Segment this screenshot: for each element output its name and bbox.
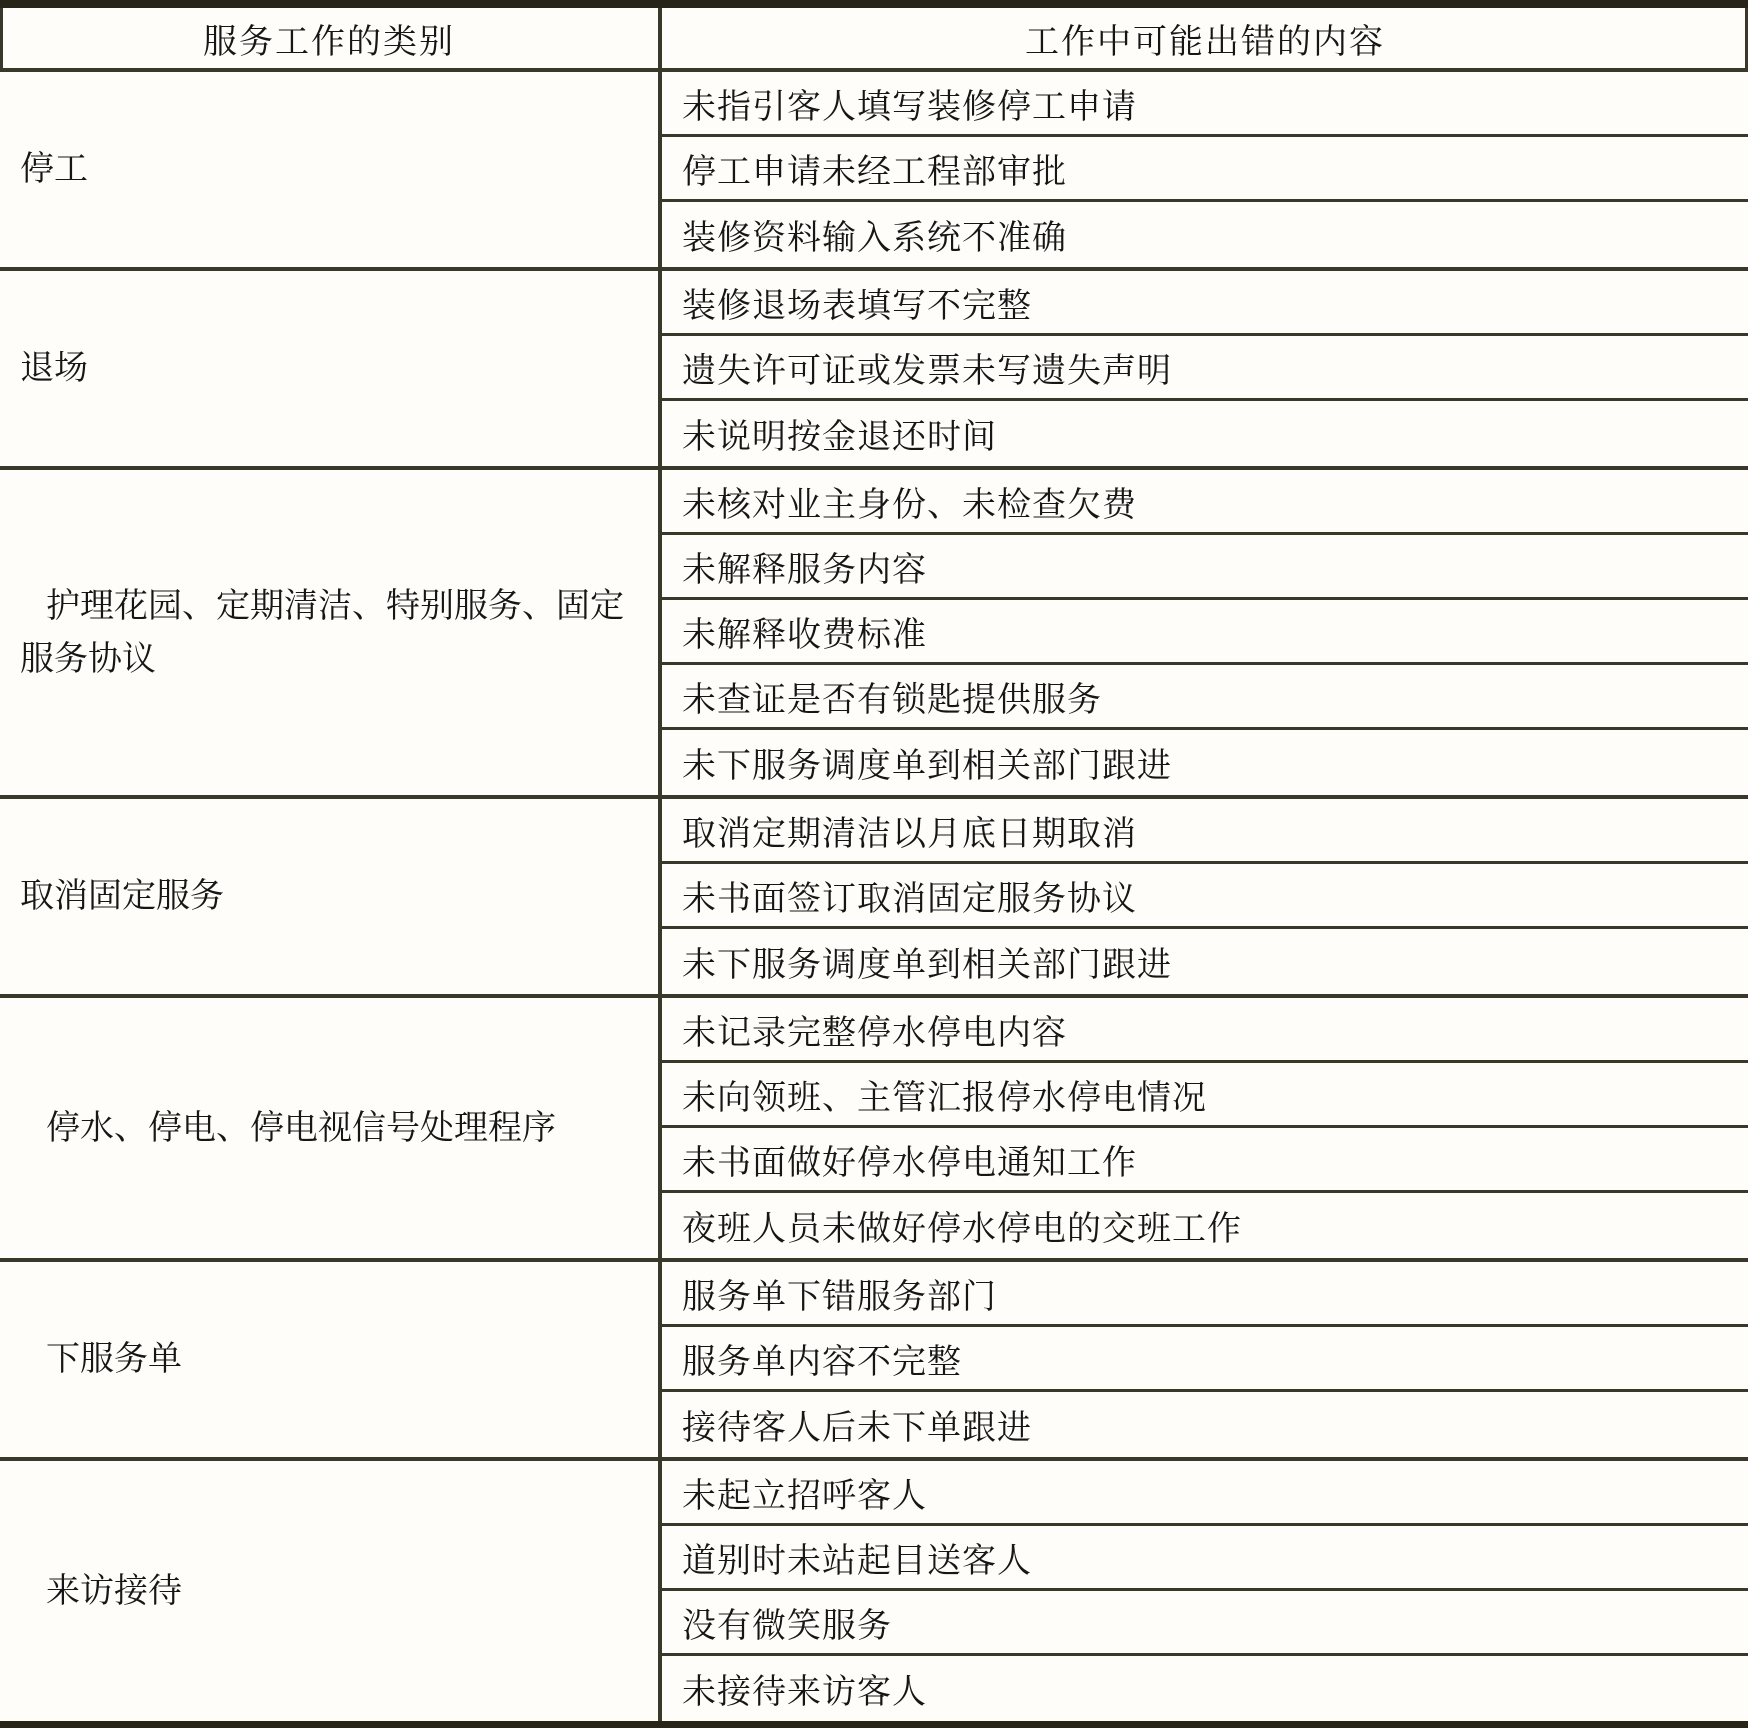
error-item-row: 夜班人员未做好停水停电的交班工作	[662, 1193, 1748, 1258]
error-item-text: 未书面做好停水停电通知工作	[682, 1135, 1137, 1184]
category-row: 停水、停电、停电视信号处理程序 未记录完整停水停电内容 未向领班、主管汇报停水停…	[0, 994, 1748, 1258]
error-items-cell: 未起立招呼客人 道别时未站起目送客人 没有微笑服务 未接待来访客人	[662, 1461, 1748, 1721]
error-item-text: 未记录完整停水停电内容	[682, 1005, 1067, 1054]
error-item-row: 未书面签订取消固定服务协议	[662, 864, 1748, 929]
category-row: 退场 装修退场表填写不完整 遗失许可证或发票未写遗失声明 未说明按金退还时间	[0, 267, 1748, 466]
error-item-row: 未下服务调度单到相关部门跟进	[662, 929, 1748, 994]
error-item-row: 未核对业主身份、未检查欠费	[662, 470, 1748, 535]
error-item-row: 未书面做好停水停电通知工作	[662, 1128, 1748, 1193]
error-item-row: 未指引客人填写装修停工申请	[662, 72, 1748, 137]
error-item-text: 未解释服务内容	[682, 542, 927, 591]
error-item-row: 停工申请未经工程部审批	[662, 137, 1748, 202]
category-cell: 取消固定服务	[0, 799, 662, 994]
error-item-text: 没有微笑服务	[682, 1598, 892, 1647]
error-item-text: 遗失许可证或发票未写遗失声明	[682, 343, 1172, 392]
error-item-row: 服务单内容不完整	[662, 1327, 1748, 1392]
error-item-row: 装修资料输入系统不准确	[662, 202, 1748, 267]
category-cell: 来访接待	[0, 1461, 662, 1721]
category-row: 取消固定服务 取消定期清洁以月底日期取消 未书面签订取消固定服务协议 未下服务调…	[0, 795, 1748, 994]
error-item-text: 未下服务调度单到相关部门跟进	[682, 738, 1172, 787]
error-item-row: 道别时未站起目送客人	[662, 1526, 1748, 1591]
error-item-text: 未向领班、主管汇报停水停电情况	[682, 1070, 1207, 1119]
error-item-text: 未指引客人填写装修停工申请	[682, 79, 1137, 128]
error-item-text: 取消定期清洁以月底日期取消	[682, 806, 1137, 855]
category-label: 取消固定服务	[0, 870, 250, 923]
category-cell: 停工	[0, 72, 662, 267]
error-items-cell: 未核对业主身份、未检查欠费 未解释服务内容 未解释收费标准 未查证是否有锁匙提供…	[662, 470, 1748, 795]
error-item-row: 遗失许可证或发票未写遗失声明	[662, 336, 1748, 401]
error-item-text: 未解释收费标准	[682, 607, 927, 656]
error-item-row: 未解释收费标准	[662, 600, 1748, 665]
error-item-text: 未核对业主身份、未检查欠费	[682, 477, 1137, 526]
category-label: 护理花园、定期清洁、特别服务、固定服务协议	[0, 580, 658, 686]
error-item-row: 未下服务调度单到相关部门跟进	[662, 730, 1748, 795]
category-label: 停工	[0, 143, 114, 196]
error-item-text: 未查证是否有锁匙提供服务	[682, 672, 1102, 721]
error-item-row: 未起立招呼客人	[662, 1461, 1748, 1526]
category-row: 护理花园、定期清洁、特别服务、固定服务协议 未核对业主身份、未检查欠费 未解释服…	[0, 466, 1748, 795]
category-label: 来访接待	[0, 1565, 208, 1618]
error-items-cell: 取消定期清洁以月底日期取消 未书面签订取消固定服务协议 未下服务调度单到相关部门…	[662, 799, 1748, 994]
error-item-text: 未说明按金退还时间	[682, 409, 997, 458]
error-item-row: 未解释服务内容	[662, 535, 1748, 600]
error-items-cell: 服务单下错服务部门 服务单内容不完整 接待客人后未下单跟进	[662, 1262, 1748, 1457]
column-header-category: 服务工作的类别	[0, 8, 662, 68]
category-row: 来访接待 未起立招呼客人 道别时未站起目送客人 没有微笑服务 未接待来访客人	[0, 1457, 1748, 1721]
error-item-row: 未接待来访客人	[662, 1656, 1748, 1721]
category-label: 退场	[0, 342, 114, 395]
category-label: 停水、停电、停电视信号处理程序	[0, 1102, 582, 1155]
error-items-cell: 未记录完整停水停电内容 未向领班、主管汇报停水停电情况 未书面做好停水停电通知工…	[662, 998, 1748, 1258]
column-header-errors: 工作中可能出错的内容	[662, 8, 1748, 68]
error-item-text: 装修退场表填写不完整	[682, 278, 1032, 327]
error-item-row: 未查证是否有锁匙提供服务	[662, 665, 1748, 730]
error-item-row: 接待客人后未下单跟进	[662, 1392, 1748, 1457]
table-body: 停工 未指引客人填写装修停工申请 停工申请未经工程部审批 装修资料输入系统不准确…	[0, 68, 1748, 1721]
category-cell: 退场	[0, 271, 662, 466]
error-item-text: 服务单内容不完整	[682, 1334, 962, 1383]
error-item-row: 装修退场表填写不完整	[662, 271, 1748, 336]
error-item-text: 未书面签订取消固定服务协议	[682, 871, 1137, 920]
error-item-text: 接待客人后未下单跟进	[682, 1400, 1032, 1449]
error-item-row: 服务单下错服务部门	[662, 1262, 1748, 1327]
error-item-text: 未接待来访客人	[682, 1664, 927, 1713]
error-items-cell: 未指引客人填写装修停工申请 停工申请未经工程部审批 装修资料输入系统不准确	[662, 72, 1748, 267]
error-item-row: 取消定期清洁以月底日期取消	[662, 799, 1748, 864]
category-cell: 停水、停电、停电视信号处理程序	[0, 998, 662, 1258]
category-label: 下服务单	[0, 1333, 208, 1386]
error-item-row: 未向领班、主管汇报停水停电情况	[662, 1063, 1748, 1128]
category-row: 下服务单 服务单下错服务部门 服务单内容不完整 接待客人后未下单跟进	[0, 1258, 1748, 1457]
error-item-text: 装修资料输入系统不准确	[682, 210, 1067, 259]
error-item-row: 没有微笑服务	[662, 1591, 1748, 1656]
error-item-text: 夜班人员未做好停水停电的交班工作	[682, 1201, 1242, 1250]
error-item-text: 未起立招呼客人	[682, 1468, 927, 1517]
error-item-text: 停工申请未经工程部审批	[682, 144, 1067, 193]
error-item-text: 服务单下错服务部门	[682, 1269, 997, 1318]
service-error-table: 服务工作的类别 工作中可能出错的内容 停工 未指引客人填写装修停工申请 停工申请…	[0, 0, 1748, 1728]
error-items-cell: 装修退场表填写不完整 遗失许可证或发票未写遗失声明 未说明按金退还时间	[662, 271, 1748, 466]
error-item-text: 道别时未站起目送客人	[682, 1533, 1032, 1582]
category-cell: 护理花园、定期清洁、特别服务、固定服务协议	[0, 470, 662, 795]
error-item-row: 未记录完整停水停电内容	[662, 998, 1748, 1063]
error-item-text: 未下服务调度单到相关部门跟进	[682, 937, 1172, 986]
category-row: 停工 未指引客人填写装修停工申请 停工申请未经工程部审批 装修资料输入系统不准确	[0, 68, 1748, 267]
error-item-row: 未说明按金退还时间	[662, 401, 1748, 466]
category-cell: 下服务单	[0, 1262, 662, 1457]
table-header-row: 服务工作的类别 工作中可能出错的内容	[0, 8, 1748, 68]
